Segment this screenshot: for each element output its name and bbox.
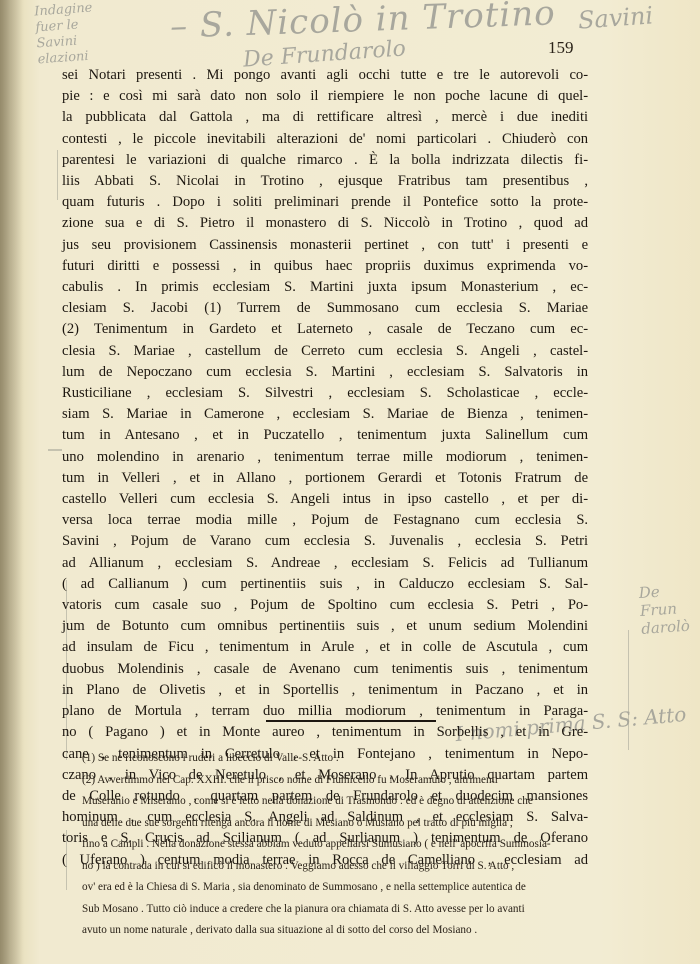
footnote-2-line: Sub Mosano . Tutto ciò induce a credere … xyxy=(82,899,602,921)
text-line: jum de Botunto cum omnibus pertinentiis … xyxy=(62,615,588,636)
text-line: cabulis . In primis ecclesiam S. Martini… xyxy=(62,276,588,297)
footnotes: (1) Se ne riconoscono i ruderi a libecci… xyxy=(82,748,602,942)
text-line: in Plano de Olivetis , et in Sportellis … xyxy=(62,679,588,700)
text-line: siam S. Mariae in Camerone , ecclesiam S… xyxy=(62,403,588,424)
text-line: ( ad Callianum ) cum pertinentiis suis ,… xyxy=(62,573,588,594)
footnote-2-line: ov' era ed è la Chiesa di S. Maria , sia… xyxy=(82,877,602,899)
text-line: ad Allianum , ecclesiam S. Andreae , ecc… xyxy=(62,552,588,573)
footnote-2-line: Museranio e Miseranio , come si è letto … xyxy=(82,791,602,813)
text-line: liis Abbati S. Nicolai in Trotino , ejus… xyxy=(62,170,588,191)
pencil-annotation-top-right: Savini xyxy=(577,1,654,34)
text-line: tum in Antesano , et in Puczatello , ten… xyxy=(62,424,588,445)
page-number: 159 xyxy=(548,38,574,58)
text-line: clesia S. Mariae , castellum de Cerreto … xyxy=(62,340,588,361)
text-line: plano de Mortula , terram duo millia mod… xyxy=(62,700,588,721)
footnote-2-line: una delle due sue sorgenti ritenga ancor… xyxy=(82,813,602,835)
footnote-2-line: fino a Campli . Nella donazione stessa a… xyxy=(82,834,602,856)
text-line: parentesi le variazioni di qualche rimar… xyxy=(62,149,588,170)
text-line: sei Notari presenti . Mi pongo avanti ag… xyxy=(62,64,588,85)
text-line: pie : e così mi sarà dato non solo il ri… xyxy=(62,85,588,106)
text-line: Savini , Pojum de Varano cum ecclesia S.… xyxy=(62,530,588,551)
text-line: vatoris cum casale suo , Pojum de Spolti… xyxy=(62,594,588,615)
text-line: Rusticiliane , ecclesiam S. Silvestri , … xyxy=(62,382,588,403)
text-line: quam futuris . Dopo i soliti preliminari… xyxy=(62,191,588,212)
text-line: futuri diritti e possessi , in quibus ha… xyxy=(62,255,588,276)
text-line: castello Velleri cum ecclesia S. Angeli … xyxy=(62,488,588,509)
text-line: lum de Nepoczano cum ecclesia S. Martini… xyxy=(62,361,588,382)
text-line: (2) Tenimentum in Gardeto et Laterneto ,… xyxy=(62,318,588,339)
text-line: ad insulam de Ficu , tenimentum in Arule… xyxy=(62,636,588,657)
pencil-annotation-top-left: Indagine fuer le Savini elazioni xyxy=(34,0,108,68)
text-line: contesti , le piccole inevitabili altera… xyxy=(62,128,588,149)
text-line: tum in Velleri , et in Allano , portione… xyxy=(62,467,588,488)
footnote-1: (1) Se ne riconoscono i ruderi a libecci… xyxy=(82,748,602,770)
text-line: duobus Molendinis , casale de Avenano cu… xyxy=(62,658,588,679)
text-line: zione sua e di S. Pietro il monastero di… xyxy=(62,212,588,233)
footnote-2-line: (2) Avvertimmo nel Cap. XXIII. che il pr… xyxy=(82,770,602,792)
text-line: jus seu provisionem Cassinensis monaster… xyxy=(62,234,588,255)
footnote-2-line: no ) la contrada in cui si edificò il mo… xyxy=(82,856,602,878)
text-line: versa loca terrae modia mille , Pojum de… xyxy=(62,509,588,530)
book-page: Indagine fuer le Savini elazioni – S. Ni… xyxy=(0,0,700,964)
text-line: no ( Pagano ) et in Monte aureo , tenime… xyxy=(62,721,588,742)
pencil-dash-savini xyxy=(48,449,62,451)
pencil-margin-mark-right xyxy=(628,630,629,750)
text-line: clesiam S. Jacobi (1) Turrem de Summosan… xyxy=(62,297,588,318)
text-line: la pubblicata dal Gattola , ma di rettif… xyxy=(62,106,588,127)
gutter-shadow xyxy=(0,0,24,964)
footnote-2-line: avuto un nome naturale , derivato dalla … xyxy=(82,920,602,942)
text-line: uno molendino in arenario , tenimentum t… xyxy=(62,446,588,467)
pencil-margin-mark-top xyxy=(57,150,58,200)
footnote-separator-rule xyxy=(266,720,436,722)
pencil-annotation-margin-right: De Frun darolò xyxy=(638,580,700,638)
